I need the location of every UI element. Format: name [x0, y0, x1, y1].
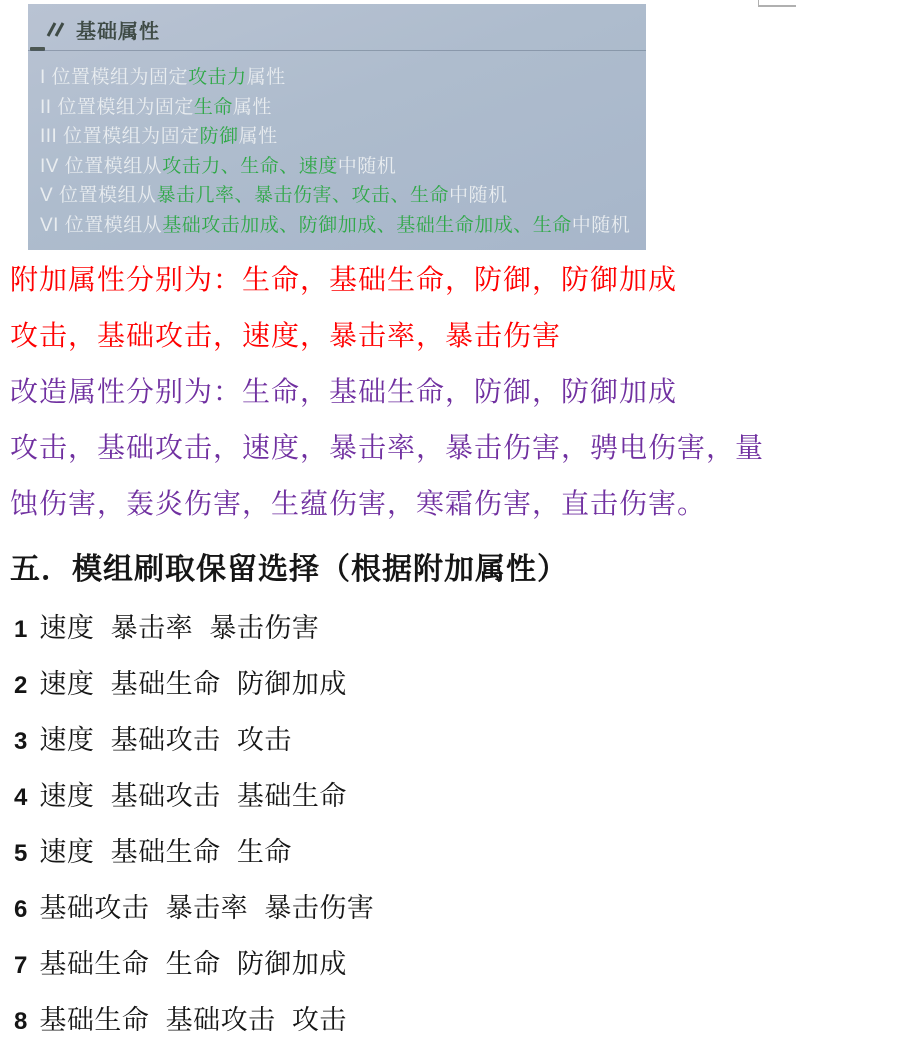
item-attrs: 基础生命 基础攻击 攻击 [39, 1005, 347, 1035]
line-post: 中随机 [572, 215, 631, 236]
line-post: 中随机 [338, 156, 397, 177]
item-number: 7 [14, 952, 27, 979]
list-item-1: 1速度 暴击率 暴击伤害 [14, 606, 319, 645]
line-pre: IV 位置模组从 [40, 156, 162, 177]
screenshot-panel: 基础属性 I 位置模组为固定攻击力属性 II 位置模组为固定生命属性 III 位… [28, 4, 646, 250]
item-number: 8 [14, 1008, 27, 1035]
item-number: 1 [14, 616, 27, 643]
list-item-4: 4速度 基础攻击 基础生命 [14, 774, 347, 813]
item-attrs: 基础生命 生命 防御加成 [39, 949, 347, 979]
line-highlight: 生命 [194, 97, 233, 118]
attribute-line-3: III 位置模组为固定防御属性 [40, 122, 640, 152]
line-highlight: 防御 [200, 126, 239, 147]
list-item-6: 6基础攻击 暴击率 暴击伤害 [14, 886, 374, 925]
page: 基础属性 I 位置模组为固定攻击力属性 II 位置模组为固定生命属性 III 位… [0, 0, 922, 1053]
line-pre: VI 位置模组从 [40, 215, 162, 236]
panel-title: 基础属性 [76, 15, 160, 44]
modification-attrs-line-2: 攻击，基础攻击，速度，暴击率，暴击伤害，骋电伤害，量 [10, 432, 764, 466]
list-item-8: 8基础生命 基础攻击 攻击 [14, 998, 347, 1037]
line-post: 属性 [233, 97, 272, 118]
panel-body: I 位置模组为固定攻击力属性 II 位置模组为固定生命属性 III 位置模组为固… [40, 63, 640, 240]
attribute-line-4: IV 位置模组从攻击力、生命、速度中随机 [40, 152, 640, 182]
item-attrs: 基础攻击 暴击率 暴击伤害 [39, 893, 374, 923]
attribute-line-5: V 位置模组从暴击几率、暴击伤害、攻击、生命中随机 [40, 181, 640, 211]
item-number: 6 [14, 896, 27, 923]
line-post: 中随机 [449, 185, 508, 206]
line-highlight: 基础攻击加成、防御加成、基础生命加成、生命 [162, 215, 572, 236]
modification-attrs-line-1: 改造属性分别为：生命，基础生命，防御，防御加成 [10, 376, 677, 410]
item-number: 2 [14, 672, 27, 699]
item-attrs: 速度 基础生命 防御加成 [39, 669, 347, 699]
line-pre: III 位置模组为固定 [40, 126, 200, 147]
line-post: 属性 [247, 67, 286, 88]
line-highlight: 暴击几率、暴击伤害、攻击、生命 [156, 185, 449, 206]
list-item-2: 2速度 基础生命 防御加成 [14, 662, 347, 701]
item-number: 4 [14, 784, 27, 811]
attribute-line-1: I 位置模组为固定攻击力属性 [40, 63, 640, 93]
additional-attrs-line-1: 附加属性分别为：生命，基础生命，防御，防御加成 [10, 264, 677, 298]
line-pre: V 位置模组从 [40, 185, 156, 206]
item-number: 3 [14, 728, 27, 755]
panel-divider [28, 50, 646, 51]
textbox-border-fragment [758, 0, 796, 7]
list-item-3: 3速度 基础攻击 攻击 [14, 718, 292, 757]
line-pre: II 位置模组为固定 [40, 97, 194, 118]
section-heading: 五．模组刷取保留选择（根据附加属性） [10, 544, 568, 588]
line-highlight: 攻击力、生命、速度 [162, 156, 338, 177]
item-attrs: 速度 暴击率 暴击伤害 [39, 613, 319, 643]
item-attrs: 速度 基础攻击 攻击 [39, 725, 292, 755]
line-post: 属性 [239, 126, 278, 147]
additional-attrs-line-2: 攻击，基础攻击，速度，暴击率，暴击伤害 [10, 320, 561, 354]
item-attrs: 速度 基础生命 生命 [39, 837, 292, 867]
item-number: 5 [14, 840, 27, 867]
modification-attrs-line-3: 蚀伤害，轰炎伤害，生蕴伤害，寒霜伤害，直击伤害。 [10, 488, 706, 522]
attribute-line-2: II 位置模组为固定生命属性 [40, 93, 640, 123]
list-item-7: 7基础生命 生命 防御加成 [14, 942, 347, 981]
double-slash-icon [46, 21, 67, 38]
attribute-line-6: VI 位置模组从基础攻击加成、防御加成、基础生命加成、生命中随机 [40, 211, 640, 241]
line-highlight: 攻击力 [188, 67, 247, 88]
list-item-5: 5速度 基础生命 生命 [14, 830, 292, 869]
line-pre: I 位置模组为固定 [40, 67, 188, 88]
item-attrs: 速度 基础攻击 基础生命 [39, 781, 347, 811]
panel-header: 基础属性 [46, 15, 160, 44]
